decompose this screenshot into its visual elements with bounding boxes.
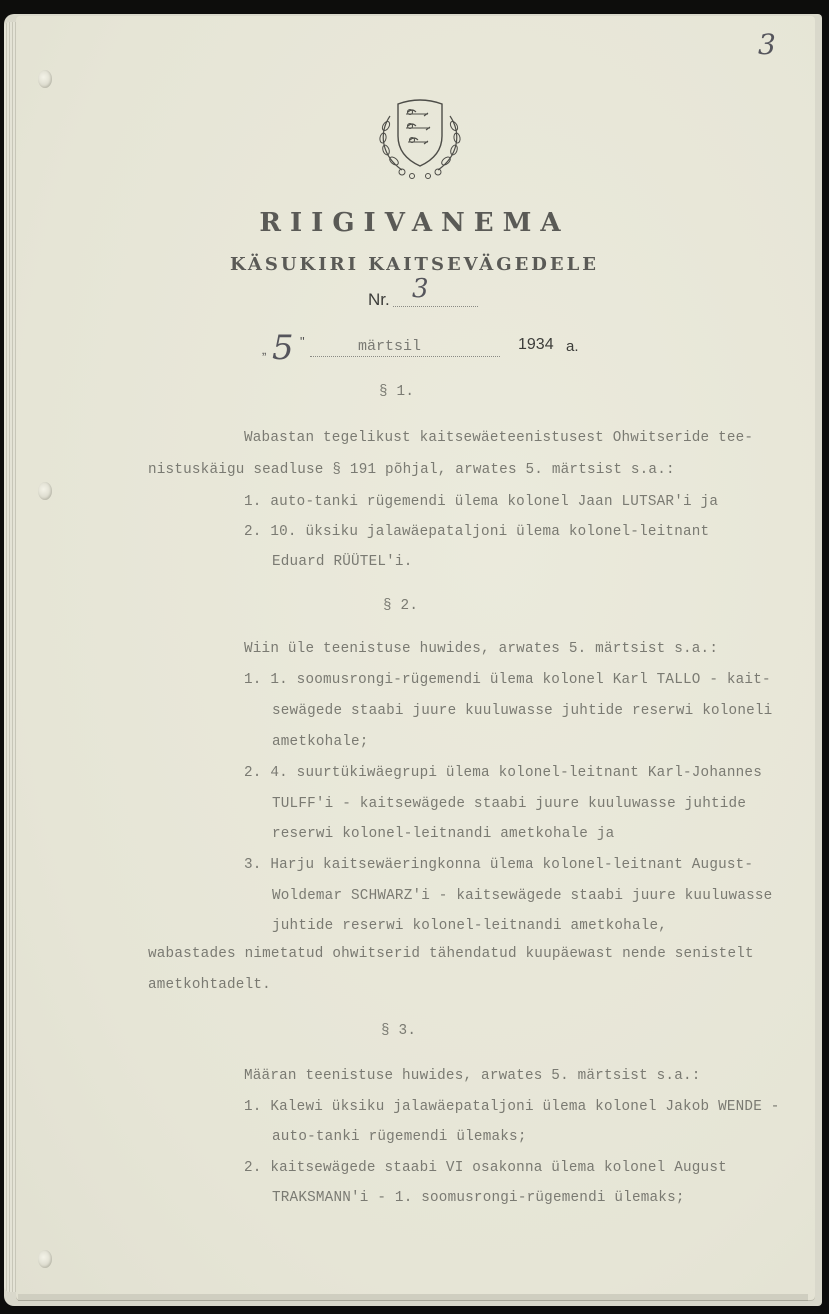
section-heading: § 2. [383, 598, 418, 614]
punch-hole [38, 482, 52, 500]
list-item: 1. Kalewi üksiku jalawäepataljoni ülema … [244, 1099, 780, 1115]
number-dotted-line [393, 306, 478, 307]
date-line: „ 5 " märtsil 1934 a. [0, 330, 829, 370]
text-line: Wiin üle teenistuse huwides, arwates 5. … [244, 641, 718, 657]
date-suffix: a. [566, 338, 579, 355]
list-item-continuation: Woldemar SCHWARZ'i - kaitsewägede staabi… [272, 888, 772, 904]
date-day: 5 [272, 328, 294, 368]
punch-hole [38, 1250, 52, 1268]
number-label: Nr. [368, 290, 390, 310]
date-close-quote: " [300, 334, 305, 349]
section-heading: § 1. [379, 384, 414, 400]
date-year: 1934 [518, 336, 554, 354]
text-line: wabastades nimetatud ohwitserid tähendat… [148, 946, 754, 962]
list-item-continuation: juhtide reserwi kolonel-leitnandi ametko… [272, 918, 667, 934]
list-item-continuation: auto-tanki rügemendi ülemaks; [272, 1129, 527, 1145]
text-line: Määran teenistuse huwides, arwates 5. mä… [244, 1068, 701, 1084]
list-item: 2. 4. suurtükiwäegrupi ülema kolonel-lei… [244, 765, 762, 781]
list-item-continuation: TULFF'i - kaitsewägede staabi juure kuul… [272, 796, 746, 812]
date-dotted-line [310, 356, 500, 357]
section-heading: § 3. [381, 1023, 416, 1039]
list-item: 2. 10. üksiku jalawäepataljoni ülema kol… [244, 524, 709, 540]
date-open-quote: „ [262, 342, 266, 357]
text-line: ametkohtadelt. [148, 977, 271, 993]
date-month: märtsil [358, 338, 421, 355]
text-line: nistuskäigu seadluse § 191 põhjal, arwat… [148, 462, 675, 478]
handwritten-page-number: 3 [758, 28, 776, 61]
document-title: RIIGIVANEMA [0, 208, 829, 238]
estonian-coat-of-arms-icon [372, 86, 468, 182]
list-item: 2. kaitsewägede staabi VI osakonna ülema… [244, 1160, 727, 1176]
document-subtitle: KÄSUKIRI KAITSEVÄGEDELE [0, 254, 829, 275]
list-item-continuation: sewägede staabi juure kuuluwasse juhtide… [272, 703, 772, 719]
list-item-continuation: reserwi kolonel-leitnandi ametkohale ja [272, 826, 614, 842]
list-item-continuation: Eduard RÜÜTEL'i. [272, 554, 412, 570]
list-item-continuation: TRAKSMANN'i - 1. soomusrongi-rügemendi ü… [272, 1190, 685, 1206]
list-item: 1. auto-tanki rügemendi ülema kolonel Ja… [244, 494, 718, 510]
order-number: 3 [412, 274, 429, 304]
list-item: 1. 1. soomusrongi-rügemendi ülema kolone… [244, 672, 771, 688]
page-bottom-edge [18, 1294, 808, 1301]
text-line: Wabastan tegelikust kaitsewäeteenistuses… [244, 430, 753, 446]
list-item: 3. Harju kaitsewäeringkonna ülema kolone… [244, 857, 753, 873]
list-item-continuation: ametkohale; [272, 734, 369, 750]
punch-hole [38, 70, 52, 88]
